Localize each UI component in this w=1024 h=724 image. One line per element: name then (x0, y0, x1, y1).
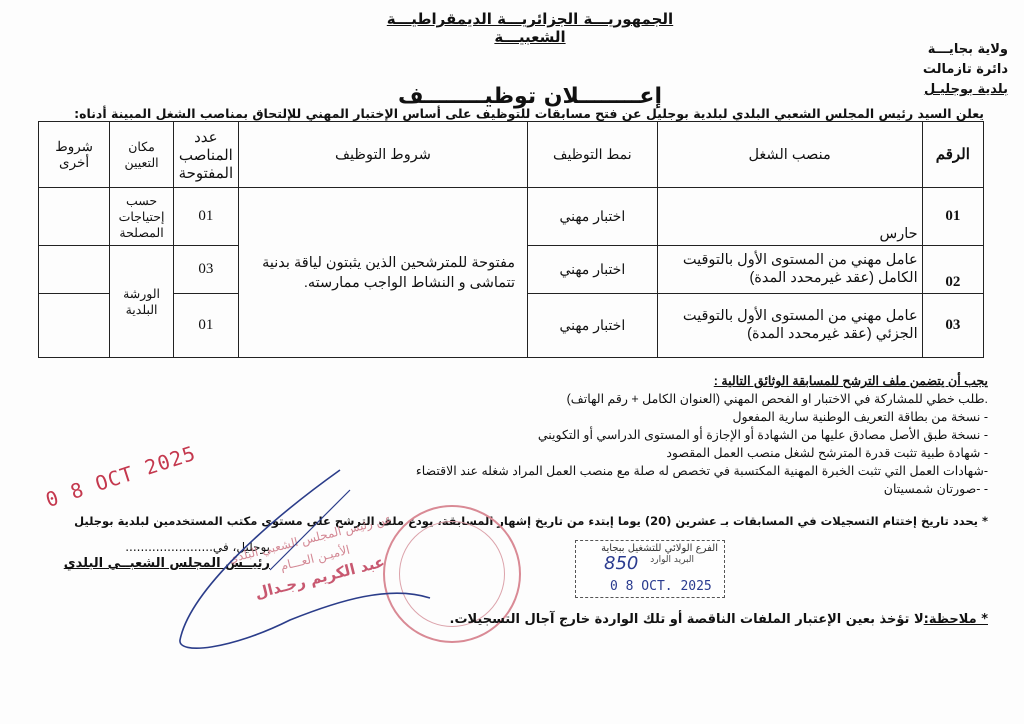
registry-date: 0 8 OCT. 2025 (610, 579, 712, 594)
commune-label: بلدية بوجليـل (848, 80, 1008, 100)
table-header-row: الرقم منصب الشغل نمط التوظيف شروط التوظي… (39, 122, 984, 188)
document-item: - نسخة طبق الأصل مصادق عليها من الشهادة … (368, 426, 988, 444)
header-num: الرقم (922, 122, 983, 188)
handwritten-signature-icon (150, 450, 470, 660)
row-num: 02 (922, 246, 983, 294)
row-mode: اختبار مهني (528, 293, 658, 357)
row-conditions: مفتوحة للمترشحين الذين يثبتون لياقة بدني… (238, 188, 527, 358)
header-place: مكان التعيين (110, 122, 174, 188)
row-post: عامل مهني من المستوى الأول بالتوقيت الجز… (657, 293, 922, 357)
row-other (39, 188, 110, 246)
row-count: 03 (173, 246, 238, 294)
row-mode: اختبار مهني (528, 188, 658, 246)
note-paragraph: * ملاحظة:لا تؤخذ بعين الإعتبار الملفات ا… (468, 612, 988, 627)
table-row: 01 حارس اختبار مهني مفتوحة للمترشحين الذ… (39, 188, 984, 246)
documents-heading: يجب أن يتضمن ملف الترشح للمسابقة الوثائق… (368, 372, 988, 390)
daira-label: دائرة تازمالت (848, 60, 1008, 80)
header-conditions: شروط التوظيف (238, 122, 527, 188)
header-count: عدد المناصب المفتوحة (173, 122, 238, 188)
registry-stamp: الفرع الولائي للتشغيل ببجاية البريد الوا… (575, 540, 725, 598)
header-mode: نمط التوظيف (528, 122, 658, 188)
row-num: 03 (922, 293, 983, 357)
document-item: - نسخة من بطاقة التعريف الوطنية سارية ال… (368, 408, 988, 426)
row-count: 01 (173, 293, 238, 357)
row-num: 01 (922, 188, 983, 246)
intro-paragraph: يعلن السيد رئيس المجلس الشعبي البلدي لبل… (84, 106, 984, 121)
note-text: لا تؤخذ بعين الإعتبار الملفات الناقصة أو… (450, 612, 924, 627)
header-other: شروط أخرى (39, 122, 110, 188)
header-post: منصب الشغل (657, 122, 922, 188)
registry-number: 850 (604, 553, 638, 574)
row-place: حسب إحتياجات المصلحة (110, 188, 174, 246)
registry-mail-label: البريد الوارد (650, 555, 694, 565)
row-other (39, 246, 110, 294)
republic-header: الجمهوريـــة الجزائريـــة الديمقراطيـــة… (380, 10, 680, 46)
row-other (39, 293, 110, 357)
note-label: * ملاحظة: (924, 612, 988, 627)
jobs-table: الرقم منصب الشغل نمط التوظيف شروط التوظي… (38, 121, 984, 358)
row-mode: اختبار مهني (528, 246, 658, 294)
row-count: 01 (173, 188, 238, 246)
document-item: .طلب خطي للمشاركة في الاختبار او الفحص ا… (368, 390, 988, 408)
wilaya-label: ولاية بجايـــة (848, 40, 1008, 60)
row-post: حارس (657, 188, 922, 246)
administrative-header: ولاية بجايـــة دائرة تازمالت بلدية بوجلي… (848, 40, 1008, 100)
row-place: الورشة البلدية (110, 246, 174, 358)
row-post: عامل مهني من المستوى الأول بالتوقيت الكا… (657, 246, 922, 294)
